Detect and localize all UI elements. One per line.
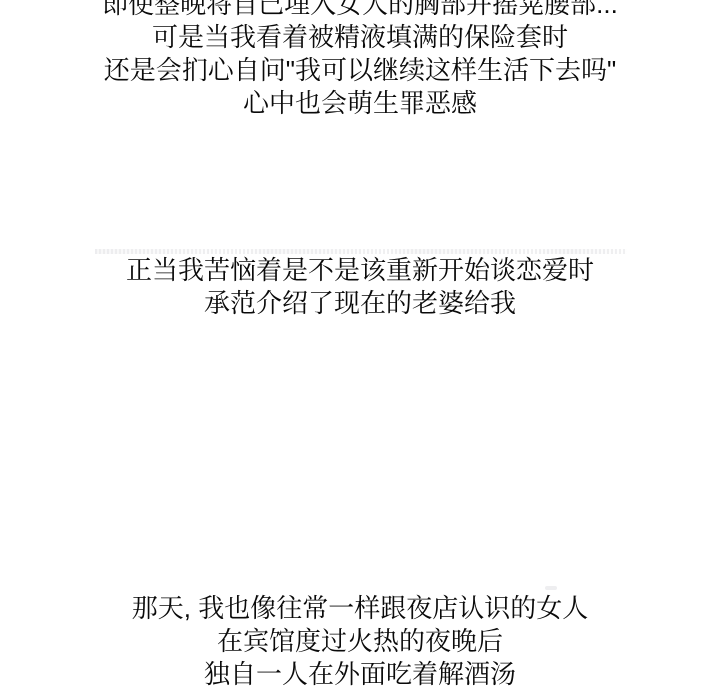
caption-line: 独自一人在外面吃着解酒汤 — [0, 658, 720, 691]
caption-block-bottom: 那天, 我也像往常一样跟夜店认识的女人 在宾馆度过火热的夜晚后 独自一人在外面吃… — [0, 592, 720, 691]
caption-line: 心中也会萌生罪恶感 — [0, 87, 720, 120]
caption-line: 可是当我看着被精液填满的保险套时 — [0, 21, 720, 54]
caption-line: 承范介绍了现在的老婆给我 — [0, 287, 720, 320]
faint-smudge — [545, 586, 557, 590]
caption-line: 在宾馆度过火热的夜晚后 — [0, 625, 720, 658]
comic-page: 即使整晚将自己埋入女人的胸部并摇晃腰部... 可是当我看着被精液填满的保险套时 … — [0, 0, 720, 700]
caption-line: 还是会扪心自问"我可以继续这样生活下去吗" — [0, 54, 720, 87]
caption-line: 即使整晚将自己埋入女人的胸部并摇晃腰部... — [0, 0, 720, 21]
caption-block-middle: 正当我苦恼着是不是该重新开始谈恋爱时 承范介绍了现在的老婆给我 — [0, 254, 720, 320]
caption-line: 那天, 我也像往常一样跟夜店认识的女人 — [0, 592, 720, 625]
caption-block-top: 即使整晚将自己埋入女人的胸部并摇晃腰部... 可是当我看着被精液填满的保险套时 … — [0, 0, 720, 120]
caption-line: 正当我苦恼着是不是该重新开始谈恋爱时 — [0, 254, 720, 287]
